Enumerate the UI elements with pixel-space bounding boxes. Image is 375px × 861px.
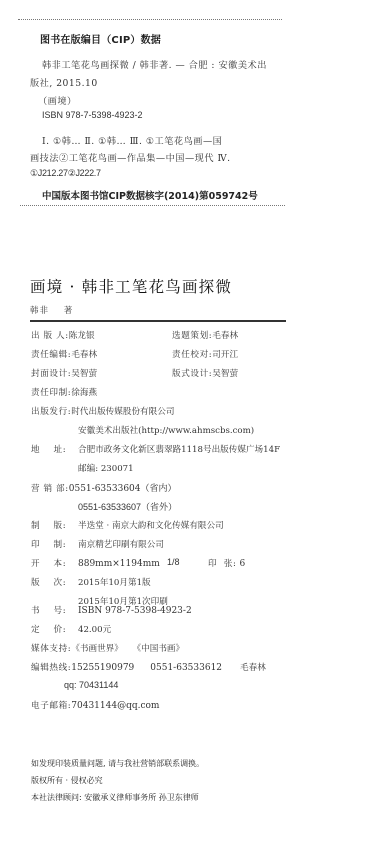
value: 徐海燕 xyxy=(71,388,97,398)
imprint-qq: qq: 70431144 xyxy=(64,680,118,690)
cip-line: Ⅰ. ①韩… Ⅱ. ①韩… Ⅲ. ①工笔花鸟画—国 xyxy=(42,133,222,147)
label: 地 址: xyxy=(31,443,78,455)
value: 合肥市政务文化新区翡翠路1118号出版传媒广场14F xyxy=(78,445,280,455)
label: 选题策划: xyxy=(172,329,212,341)
imprint-distribution: 出版发行:时代出版传媒股份有限公司 xyxy=(31,405,174,417)
cip-line: 版社, 2015.10 xyxy=(30,75,98,89)
imprint-format: 开 本:889mm×1194mm xyxy=(31,557,160,569)
imprint-print-supervisor: 责任印制:徐海燕 xyxy=(31,386,97,398)
value: 吴智萤 xyxy=(71,369,97,379)
cip-isbn: ISBN 978-7-5398-4923-2 xyxy=(42,110,143,120)
contact-name: 毛春林 xyxy=(240,663,266,673)
imprint-editor: 责任编辑:毛春林 xyxy=(31,348,97,360)
value: 0551-63533604（省内） xyxy=(69,484,177,494)
cip-line: 画技法②工笔花鸟画—作品集—中国—现代 Ⅳ. xyxy=(30,150,231,164)
imprint-hotline: 编辑热线:152551909790551-63533612毛春林 xyxy=(31,661,266,673)
label: 定 价: xyxy=(31,623,78,635)
imprint-publisher-person: 出 版 人:陈龙银 xyxy=(31,329,95,341)
value: 2015年10月第1版 xyxy=(78,578,151,588)
label: 版 次: xyxy=(31,576,78,588)
value: 毛春林 xyxy=(71,350,97,360)
label: 印 制: xyxy=(31,538,78,550)
cip-top-divider xyxy=(18,19,282,20)
label: 出 版 人: xyxy=(31,329,69,341)
label: 责任校对: xyxy=(172,348,212,360)
label: 电子邮箱: xyxy=(31,699,71,711)
label: 版式设计: xyxy=(172,367,212,379)
quality-notice: 如发现印装质量问题, 请与我社营销部联系调换。 xyxy=(31,758,204,769)
label: 编辑热线: xyxy=(31,661,71,673)
imprint-format-fold: 1/8 xyxy=(167,557,180,567)
imprint-cover-design: 封面设计:吴智萤 xyxy=(31,367,97,379)
cip-heading: 图书在版编目（CIP）数据 xyxy=(40,31,161,46)
label: 责任编辑: xyxy=(31,348,71,360)
label: 出版发行: xyxy=(31,405,71,417)
imprint-price: 定 价:42.00元 xyxy=(31,623,111,635)
imprint-address: 地 址:合肥市政务文化新区翡翠路1118号出版传媒广场14F xyxy=(31,443,280,455)
value: 南京精艺印刷有限公司 xyxy=(78,540,164,550)
title-rule xyxy=(30,320,286,322)
phone: 15255190979 xyxy=(71,663,134,673)
label: 印 张: xyxy=(208,557,237,569)
value: 吴智萤 xyxy=(212,369,238,379)
imprint-email: 电子邮箱:70431144@qq.com xyxy=(31,699,159,711)
cip-footer: 中国版本图书馆CIP数据核字(2014)第059742号 xyxy=(42,188,258,202)
label: 责任印制: xyxy=(31,386,71,398)
label: 封面设计: xyxy=(31,367,71,379)
label: 制 版: xyxy=(31,519,78,531)
value: 6 xyxy=(240,559,246,569)
value: 时代出版传媒股份有限公司 xyxy=(71,407,174,417)
imprint-layout-design: 版式设计:吴智萤 xyxy=(172,367,238,379)
imprint-isbn: 书 号:ISBN 978-7-5398-4923-2 xyxy=(31,604,192,616)
label: 营 销 部: xyxy=(31,482,69,494)
value: 《中国书画》 xyxy=(137,644,184,654)
book-author: 韩非 著 xyxy=(30,304,73,316)
imprint-marketing-outside: 0551-63533607（省外） xyxy=(78,500,177,513)
value: 毛春林 xyxy=(212,331,238,341)
imprint-postcode: 邮编: 230071 xyxy=(78,462,134,474)
value: 半迭堂 · 南京大韵和文化传媒有限公司 xyxy=(78,521,224,531)
imprint-edition: 版 次:2015年10月第1版 xyxy=(31,576,151,588)
value: 70431144@qq.com xyxy=(71,701,159,711)
value: 司开江 xyxy=(212,350,238,360)
value: 42.00元 xyxy=(78,625,111,635)
imprint-topic-planner: 选题策划:毛春林 xyxy=(172,329,238,341)
value: 陈龙银 xyxy=(69,331,95,341)
value: ISBN 978-7-5398-4923-2 xyxy=(78,606,192,616)
book-title: 画境 · 韩非工笔花鸟画探微 xyxy=(30,275,232,297)
phone: 0551-63533612 xyxy=(150,663,222,673)
imprint-platemaking: 制 版:半迭堂 · 南京大韵和文化传媒有限公司 xyxy=(31,519,224,531)
copyright-notice: 版权所有 · 侵权必究 xyxy=(31,775,103,786)
value: 《书画世界》 xyxy=(71,644,123,654)
imprint-media: 媒体支持:《书画世界》《中国书画》 xyxy=(31,642,184,654)
imprint-proofreader: 责任校对:司开江 xyxy=(172,348,238,360)
imprint-marketing: 营 销 部:0551-63533604（省内） xyxy=(31,481,177,494)
value: 889mm×1194mm xyxy=(78,559,160,569)
cip-line: 韩非工笔花鸟画探微 / 韩非著. — 合肥 : 安徽美术出 xyxy=(42,57,267,71)
cip-bottom-divider xyxy=(20,205,285,206)
label: 开 本: xyxy=(31,557,78,569)
imprint-printing: 印 制:南京精艺印刷有限公司 xyxy=(31,538,164,550)
legal-counsel: 本社法律顾问: 安徽承义律师事务所 孙卫东律师 xyxy=(31,792,199,803)
cip-line: ①J212.27②J222.7 xyxy=(30,168,101,179)
imprint-distribution-website: 安徽美术出版社(http://www.ahmscbs.com) xyxy=(78,424,254,436)
label: 媒体支持: xyxy=(31,642,71,654)
label: 书 号: xyxy=(31,604,78,616)
imprint-sheets: 印 张:6 xyxy=(208,557,245,569)
cip-line: （画境） xyxy=(38,93,77,107)
